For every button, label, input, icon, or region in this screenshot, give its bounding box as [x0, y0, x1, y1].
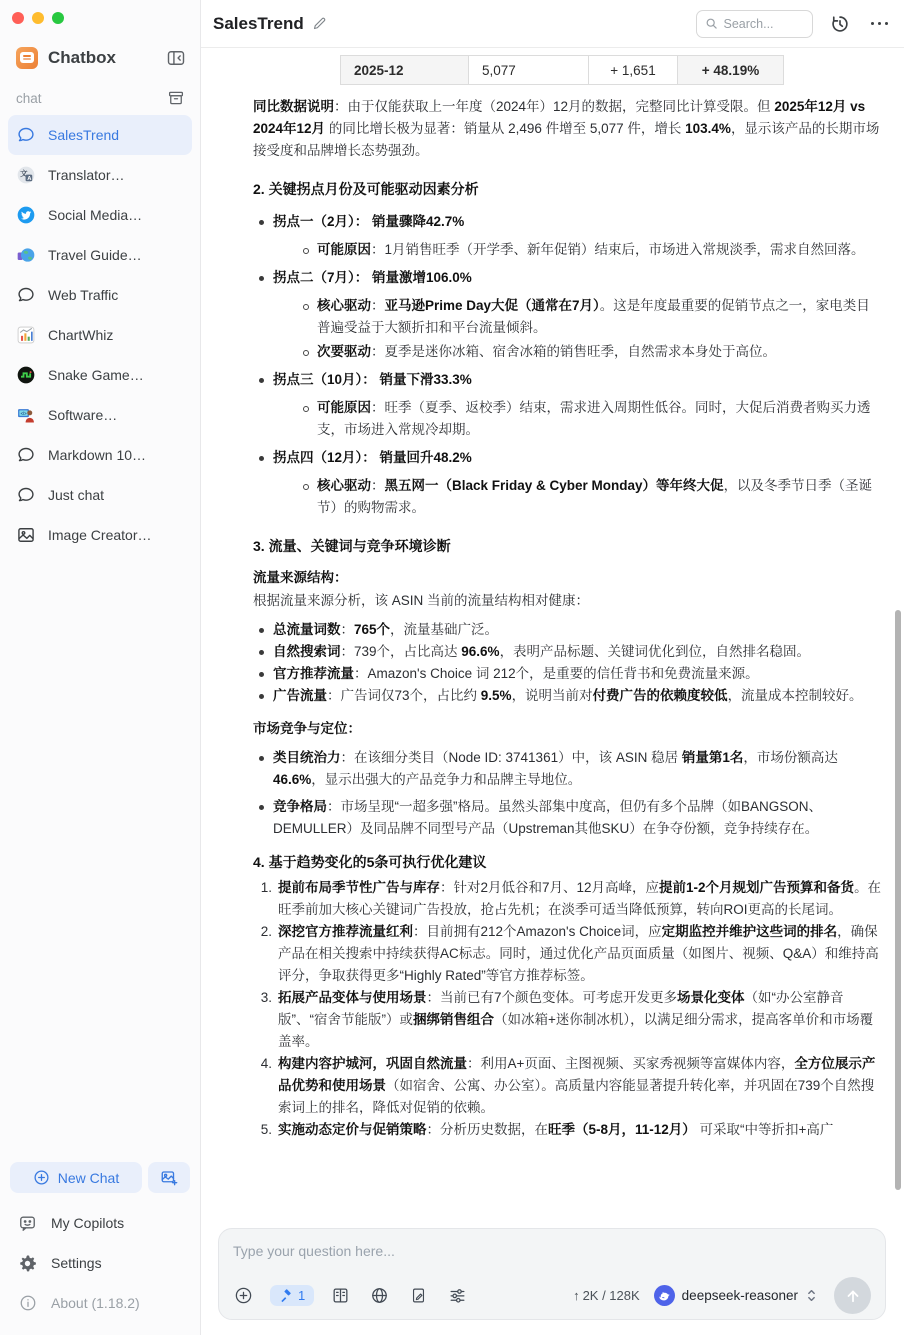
token-usage: ↑ 2K / 128K	[573, 1288, 640, 1303]
message-paragraph: 市场竞争与定位：	[253, 718, 882, 740]
section-heading: 3. 流量、关键词与竞争环境诊断	[253, 537, 882, 556]
sidebar-item-image-creator[interactable]: Image Creator…	[8, 515, 192, 555]
assistant-message: 2025-125,077+ 1,651+ 48.19%同比数据说明：由于仅能获取…	[201, 48, 904, 1321]
snake-icon	[16, 365, 36, 385]
message-paragraph: 同比数据说明：由于仅能获取上一年度（2024年）12月的数据，完整同比计算受限。…	[253, 96, 882, 162]
image-plus-icon	[160, 1169, 178, 1187]
tools-pill-button[interactable]: 1	[270, 1285, 314, 1306]
sidebar-item-chartwhiz[interactable]: ChartWhiz	[8, 315, 192, 355]
bullet-list: 总流量词数：765个，流量基础广泛。自然搜索词：739个，占比高达 96.6%，…	[253, 619, 882, 707]
numbered-item: 5.实施动态定价与促销策略：分析历史数据，在旺季（5-8月，11-12月） 可采…	[253, 1119, 882, 1141]
app-window: Chatbox chat SalesTrend文ATranslator…Soci…	[0, 0, 904, 1335]
twitter-icon	[16, 205, 36, 225]
history-icon[interactable]	[829, 13, 851, 35]
edit-title-icon[interactable]	[312, 16, 327, 31]
about-button[interactable]: About (1.18.2)	[8, 1283, 192, 1323]
conversation-header: SalesTrend Search...	[201, 0, 904, 48]
main-panel: SalesTrend Search...	[201, 0, 904, 1335]
bullet-item: 拐点一（2月）： 销量骤降42.7%可能原因：1月销售旺季（开学季、新年促销）结…	[253, 211, 882, 261]
search-placeholder: Search...	[724, 17, 774, 31]
plus-circle-icon	[33, 1169, 50, 1186]
numbered-item: 2.深挖官方推荐流量红利：目前拥有212个Amazon's Choice词，应定…	[253, 921, 882, 987]
image-icon	[16, 525, 36, 545]
tool-count: 1	[298, 1288, 305, 1303]
sub-bullet-item: 核心驱动：黑五网一（Black Friday & Cyber Monday）等年…	[297, 475, 882, 519]
bullet-item: 拐点三（10月）： 销量下滑33.3%可能原因：旺季（夏季、返校季）结束，需求进…	[253, 369, 882, 441]
sidebar-item-travel-guide[interactable]: Travel Guide…	[8, 235, 192, 275]
chat-bubble-icon	[16, 285, 36, 305]
travel-icon	[16, 245, 36, 265]
new-image-chat-button[interactable]	[148, 1162, 190, 1193]
chevron-updown-icon	[805, 1288, 818, 1303]
sidebar-item-web-traffic[interactable]: Web Traffic	[8, 275, 192, 315]
section-heading: 2. 关键拐点月份及可能驱动因素分析	[253, 180, 882, 199]
sub-bullet-item: 可能原因：旺季（夏季、返校季）结束，需求进入周期性低谷。同时，大促后消费者购买力…	[297, 397, 882, 441]
more-options-button[interactable]	[869, 18, 891, 30]
section-heading: 4. 基于趋势变化的5条可执行优化建议	[253, 853, 882, 872]
new-chat-button[interactable]: New Chat	[10, 1162, 142, 1193]
message-paragraph: 流量来源结构：	[253, 567, 882, 589]
sidebar-item-social-media[interactable]: Social Media…	[8, 195, 192, 235]
numbered-item: 4.构建内容护城河，巩固自然流量：利用A+页面、主图视频、买家秀视频等富媒体内容…	[253, 1053, 882, 1119]
archive-icon[interactable]	[167, 89, 185, 107]
chat-bubble-icon	[16, 485, 36, 505]
message-paragraph: 根据流量来源分析，该 ASIN 当前的流量结构相对健康：	[253, 590, 882, 612]
my-copilots-label: My Copilots	[51, 1215, 124, 1231]
message-input[interactable]: Type your question here...	[233, 1242, 871, 1260]
sidebar-item-software[interactable]: </>Software…	[8, 395, 192, 435]
table-row: 2025-125,077+ 1,651+ 48.19%	[340, 55, 882, 85]
model-name: deepseek-reasoner	[682, 1288, 798, 1303]
model-settings-icon[interactable]	[447, 1286, 467, 1306]
table-cell: + 48.19%	[678, 55, 784, 85]
sub-bullet-item: 核心驱动：亚马逊Prime Day大促（通常在7月）。这是年度最重要的促销节点之…	[297, 295, 882, 339]
up-arrow-icon: ↑	[573, 1288, 580, 1303]
web-browsing-icon[interactable]	[369, 1286, 389, 1306]
sub-bullet-item: 次要驱动：夏季是迷你冰箱、宿舍冰箱的销售旺季，自然需求本身处于高位。	[297, 341, 882, 363]
software-icon: </>	[16, 405, 36, 425]
app-title: Chatbox	[48, 48, 166, 68]
settings-button[interactable]: Settings	[8, 1243, 192, 1283]
table-cell: 2025-12	[340, 55, 469, 85]
bullet-list: 拐点一（2月）： 销量骤降42.7%可能原因：1月销售旺季（开学季、新年促销）结…	[253, 211, 882, 519]
scrollbar-thumb[interactable]	[895, 610, 901, 1190]
sidebar-item-just-chat[interactable]: Just chat	[8, 475, 192, 515]
svg-text:</>: </>	[21, 411, 28, 416]
translator-icon: 文A	[16, 165, 36, 185]
message-composer: Type your question here... 1	[218, 1228, 886, 1320]
about-label: About (1.18.2)	[51, 1295, 140, 1311]
bullet-item: 总流量词数：765个，流量基础广泛。	[253, 619, 882, 641]
bullet-item: 竞争格局：市场呈现“一超多强”格局。虽然头部集中度高，但仍有多个品牌（如BANG…	[253, 796, 882, 840]
gear-icon	[18, 1254, 37, 1273]
info-icon	[18, 1294, 37, 1313]
model-selector[interactable]: deepseek-reasoner	[654, 1285, 818, 1306]
sidebar-item-translator[interactable]: 文ATranslator…	[8, 155, 192, 195]
minimize-window-button[interactable]	[32, 12, 44, 24]
document-edit-icon[interactable]	[408, 1286, 428, 1306]
sidebar: Chatbox chat SalesTrend文ATranslator…Soci…	[0, 0, 201, 1335]
chatbox-logo-icon	[16, 47, 38, 69]
chart-icon	[16, 325, 36, 345]
search-input[interactable]: Search...	[696, 10, 813, 38]
bullet-list: 类目统治力：在该细分类目（Node ID: 3741361）中，该 ASIN 稳…	[253, 747, 882, 840]
chat-bubble-icon	[16, 125, 36, 145]
zoom-window-button[interactable]	[52, 12, 64, 24]
table-cell: + 1,651	[589, 55, 678, 85]
knowledge-base-icon[interactable]	[330, 1286, 350, 1306]
deepseek-logo-icon	[654, 1285, 675, 1306]
send-button[interactable]	[834, 1277, 871, 1314]
copilot-face-icon	[18, 1214, 37, 1233]
numbered-item: 3.拓展产品变体与使用场景：当前已有7个颜色变体。可考虑开发更多场景化变体（如“…	[253, 987, 882, 1053]
settings-label: Settings	[51, 1255, 102, 1271]
sidebar-item-markdown-10[interactable]: Markdown 10…	[8, 435, 192, 475]
send-arrow-icon	[844, 1287, 862, 1305]
bullet-item: 广告流量：广告词仅73个，占比约 9.5%，说明当前对付费广告的依赖度较低，流量…	[253, 685, 882, 707]
token-usage-value: 2K / 128K	[583, 1288, 640, 1303]
collapse-sidebar-icon[interactable]	[166, 48, 186, 68]
table-cell: 5,077	[469, 55, 589, 85]
my-copilots-button[interactable]: My Copilots	[8, 1203, 192, 1243]
numbered-item: 1.提前布局季节性广告与库存：针对2月低谷和7月、12月高峰，应提前1-2个月规…	[253, 877, 882, 921]
sub-bullet-item: 可能原因：1月销售旺季（开学季、新年促销）结束后，市场进入常规淡季，需求自然回落…	[297, 239, 882, 261]
search-icon	[705, 17, 718, 30]
sidebar-item-salestrend[interactable]: SalesTrend	[8, 115, 192, 155]
close-window-button[interactable]	[12, 12, 24, 24]
new-chat-label: New Chat	[58, 1170, 119, 1186]
bullet-item: 拐点四（12月）： 销量回升48.2%核心驱动：黑五网一（Black Frida…	[253, 447, 882, 519]
numbered-list: 1.提前布局季节性广告与库存：针对2月低谷和7月、12月高峰，应提前1-2个月规…	[253, 877, 882, 1141]
hammer-icon	[279, 1289, 293, 1303]
conversation-title: SalesTrend	[213, 14, 304, 34]
window-controls	[0, 0, 200, 24]
bullet-item: 拐点二（7月）： 销量激增106.0%核心驱动：亚马逊Prime Day大促（通…	[253, 267, 882, 363]
sidebar-item-snake-game[interactable]: Snake Game…	[8, 355, 192, 395]
bullet-item: 类目统治力：在该细分类目（Node ID: 3741361）中，该 ASIN 稳…	[253, 747, 882, 791]
add-attachment-icon[interactable]	[233, 1286, 253, 1306]
bullet-item: 自然搜索词：739个，占比高达 96.6%，表明产品标题、关键词优化到位，自然排…	[253, 641, 882, 663]
chat-list: SalesTrend文ATranslator…Social Media…Trav…	[0, 115, 200, 555]
bullet-item: 官方推荐流量：Amazon's Choice 词 212个，是重要的信任背书和免…	[253, 663, 882, 685]
chat-bubble-icon	[16, 445, 36, 465]
chat-section-label: chat	[16, 91, 167, 106]
